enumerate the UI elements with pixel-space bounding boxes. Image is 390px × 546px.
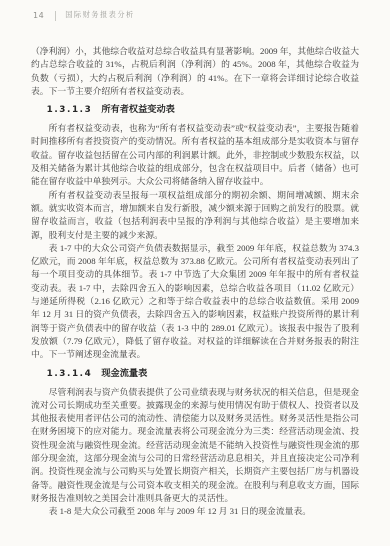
- page-text-block: （净利润）小，其他综合收益对总综合收益具有显著影响。2009 年，其他综合收益大…: [31, 45, 359, 519]
- paragraph: 表 1-8 是大众公司截至 2008 年与 2009 年 12 月 31 日的现…: [31, 505, 359, 518]
- page-header: 14 国际财务报表分析: [33, 10, 135, 21]
- paragraph: 所有者权益变动表，也称为“所有者权益变动表”或“权益变动表”，主要报告随着时间推…: [31, 122, 359, 188]
- header-divider: [55, 11, 56, 21]
- section-number: 1.3.1.3: [47, 105, 93, 115]
- page-number: 14: [33, 10, 44, 21]
- paragraph: 所有者权益变动表呈报每一项权益组成部分的期初余额、期间增减额、期末余额。就实收资…: [31, 189, 359, 242]
- paragraph: 尽管利润表与资产负债表提供了公司业绩表现与财务状况的相关信息，但是现金流对公司长…: [31, 386, 359, 506]
- paragraph-intro-continuation: （净利润）小，其他综合收益对总综合收益具有显著影响。2009 年，其他综合收益大…: [31, 45, 359, 98]
- section-title: 所有者权益变动表: [101, 104, 175, 114]
- section-heading-equity-changes: 1.3.1.3所有者权益变动表: [47, 103, 359, 117]
- running-title: 国际财务报表分析: [65, 10, 135, 21]
- paragraph: 表 1-7 中的大众公司资产负债表数据显示，截至 2009 年年底，权益总数为 …: [31, 242, 359, 362]
- section-title: 现金流量表: [101, 368, 147, 378]
- section-heading-cash-flow: 1.3.1.4现金流量表: [47, 367, 359, 381]
- book-page: 14 国际财务报表分析 （净利润）小，其他综合收益对总综合收益具有显著影响。20…: [0, 0, 390, 546]
- section-number: 1.3.1.4: [47, 369, 93, 379]
